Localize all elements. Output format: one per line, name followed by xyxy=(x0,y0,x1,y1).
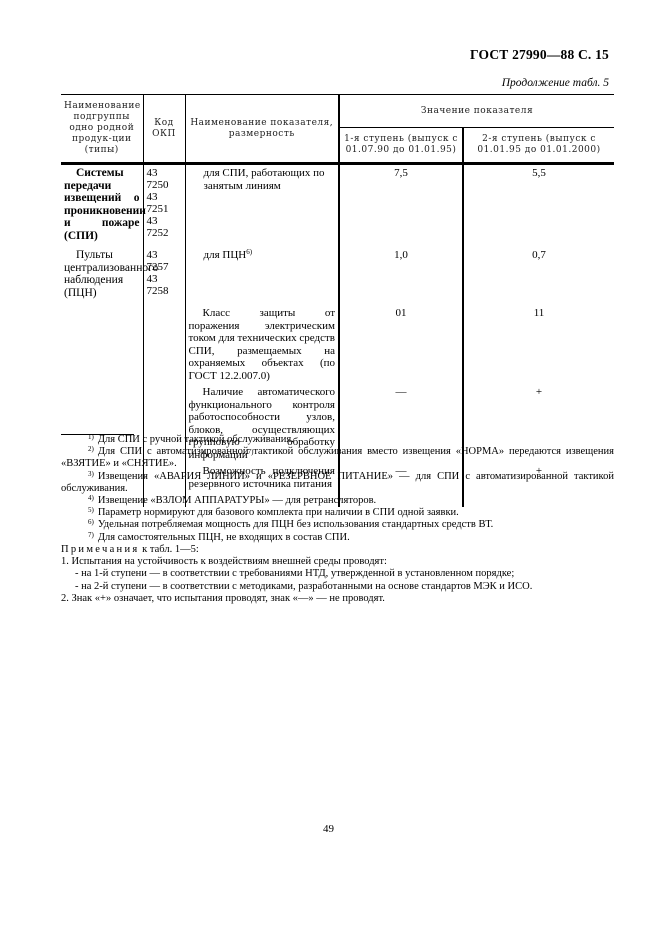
footnote-text: Извещения «АВАРИЯ ЛИНИИ» и «РЕЗЕРВНОЕ ПИ… xyxy=(61,471,614,494)
footnote: 2)Для СПИ с автоматизированной тактикой … xyxy=(61,446,614,470)
table-continuation-caption: Продолжение табл. 5 xyxy=(502,77,609,89)
okp-code: 43 7257 xyxy=(147,249,182,273)
footnote: 6)Удельная потребляемая мощность для ПЦН… xyxy=(61,519,614,531)
stage2-value: 11 xyxy=(463,301,614,384)
table-row: Пульты централизованного наблюдения (ПЦН… xyxy=(61,244,614,301)
notes-title: Примечания к табл. 1—5: xyxy=(61,544,614,556)
col-header-indicator: Наименование показателя, размерность xyxy=(185,95,339,164)
code-cell: 43 7250 43 7251 43 7252 xyxy=(143,164,185,245)
stage2-value: 0,7 xyxy=(463,244,614,301)
footnote-ref: 6) xyxy=(246,248,252,256)
notes-title-spaced: Примечания xyxy=(61,544,140,555)
footnote-mark: 3) xyxy=(88,470,94,478)
footnote: 3)Извещения «АВАРИЯ ЛИНИИ» и «РЕЗЕРВНОЕ … xyxy=(61,471,614,495)
indicator-cell: для СПИ, работающих по занятым линиям xyxy=(185,164,339,245)
notes-title-rest: к табл. 1—5: xyxy=(140,544,199,555)
page-number: 49 xyxy=(323,823,334,835)
col-header-group: Наименование подгруппы одно родной проду… xyxy=(61,95,143,164)
empty-cell xyxy=(61,301,143,384)
indicator-text: для ПЦН xyxy=(204,249,247,261)
note-subitem: - на 2-й ступени — в соответствии с мето… xyxy=(61,581,614,593)
footnote: 5)Параметр нормируют для базового компле… xyxy=(61,507,614,519)
note-item: 1. Испытания на устойчивость к воздейств… xyxy=(61,556,614,568)
note-item: 2. Знак «+» означает, что испытания пров… xyxy=(61,593,614,605)
footnote-text: Для СПИ с ручной тактикой обслуживания. xyxy=(98,434,294,445)
indicator-cell: Класс защиты от поражения электрическим … xyxy=(185,301,339,384)
table-row: Класс защиты от поражения электрическим … xyxy=(61,301,614,384)
footnote-text: Удельная потребляемая мощность для ПЦН б… xyxy=(98,519,493,530)
okp-code: 43 7252 xyxy=(147,215,182,239)
footnote: 7)Для самостоятельных ПЦН, не входящих в… xyxy=(61,532,614,544)
footnote-text: Извещение «ВЗЛОМ АППАРАТУРЫ» — для ретра… xyxy=(98,495,376,506)
stage2-value: 5,5 xyxy=(463,164,614,245)
document-header: ГОСТ 27990—88 С. 15 xyxy=(470,47,609,63)
footnote: 1)Для СПИ с ручной тактикой обслуживания… xyxy=(61,434,614,446)
empty-cell xyxy=(143,301,185,384)
stage1-value: 01 xyxy=(339,301,463,384)
stage1-value: 1,0 xyxy=(339,244,463,301)
okp-code: 43 7258 xyxy=(147,273,182,297)
footnote-text: Для СПИ с автоматизированной тактикой об… xyxy=(61,446,614,469)
group-name: Системы передачи извещений о проникновен… xyxy=(64,167,140,242)
stage1-value: 7,5 xyxy=(339,164,463,245)
footnote-mark: 6) xyxy=(88,518,94,526)
group-cell: Системы передачи извещений о проникновен… xyxy=(61,164,143,245)
col-header-value: Значение показателя xyxy=(339,95,614,128)
okp-code: 43 7251 xyxy=(147,191,182,215)
footnote-mark: 1) xyxy=(88,433,94,441)
footnote-mark: 5) xyxy=(88,506,94,514)
footnote-mark: 7) xyxy=(88,531,94,539)
note-subitem: - на 1-й ступени — в соответствии с треб… xyxy=(61,568,614,580)
footnote-mark: 2) xyxy=(88,445,94,453)
col-header-stage2: 2-я ступень (выпуск с 01.01.95 до 01.01.… xyxy=(463,128,614,164)
code-cell: 43 7257 43 7258 xyxy=(143,244,185,301)
indicator-cell: для ПЦН6) xyxy=(185,244,339,301)
footnote-text: Для самостоятельных ПЦН, не входящих в с… xyxy=(98,532,350,543)
group-cell: Пульты централизованного наблюдения (ПЦН… xyxy=(61,244,143,301)
group-name: Пульты централизованного наблюдения (ПЦН… xyxy=(64,246,140,299)
footnote: 4)Извещение «ВЗЛОМ АППАРАТУРЫ» — для рет… xyxy=(61,495,614,507)
footnote-mark: 4) xyxy=(88,494,94,502)
col-header-code: Код ОКП xyxy=(143,95,185,164)
indicator-text: Класс защиты от поражения электрическим … xyxy=(189,307,336,382)
footnote-text: Параметр нормируют для базового комплект… xyxy=(98,507,459,518)
col-header-stage1: 1-я ступень (выпуск с 01.07.90 до 01.01.… xyxy=(339,128,463,164)
notes-section: Примечания к табл. 1—5: 1. Испытания на … xyxy=(61,544,614,605)
okp-code: 43 7250 xyxy=(147,167,182,191)
footnotes: 1)Для СПИ с ручной тактикой обслуживания… xyxy=(61,434,614,544)
table-row: Системы передачи извещений о проникновен… xyxy=(61,164,614,245)
